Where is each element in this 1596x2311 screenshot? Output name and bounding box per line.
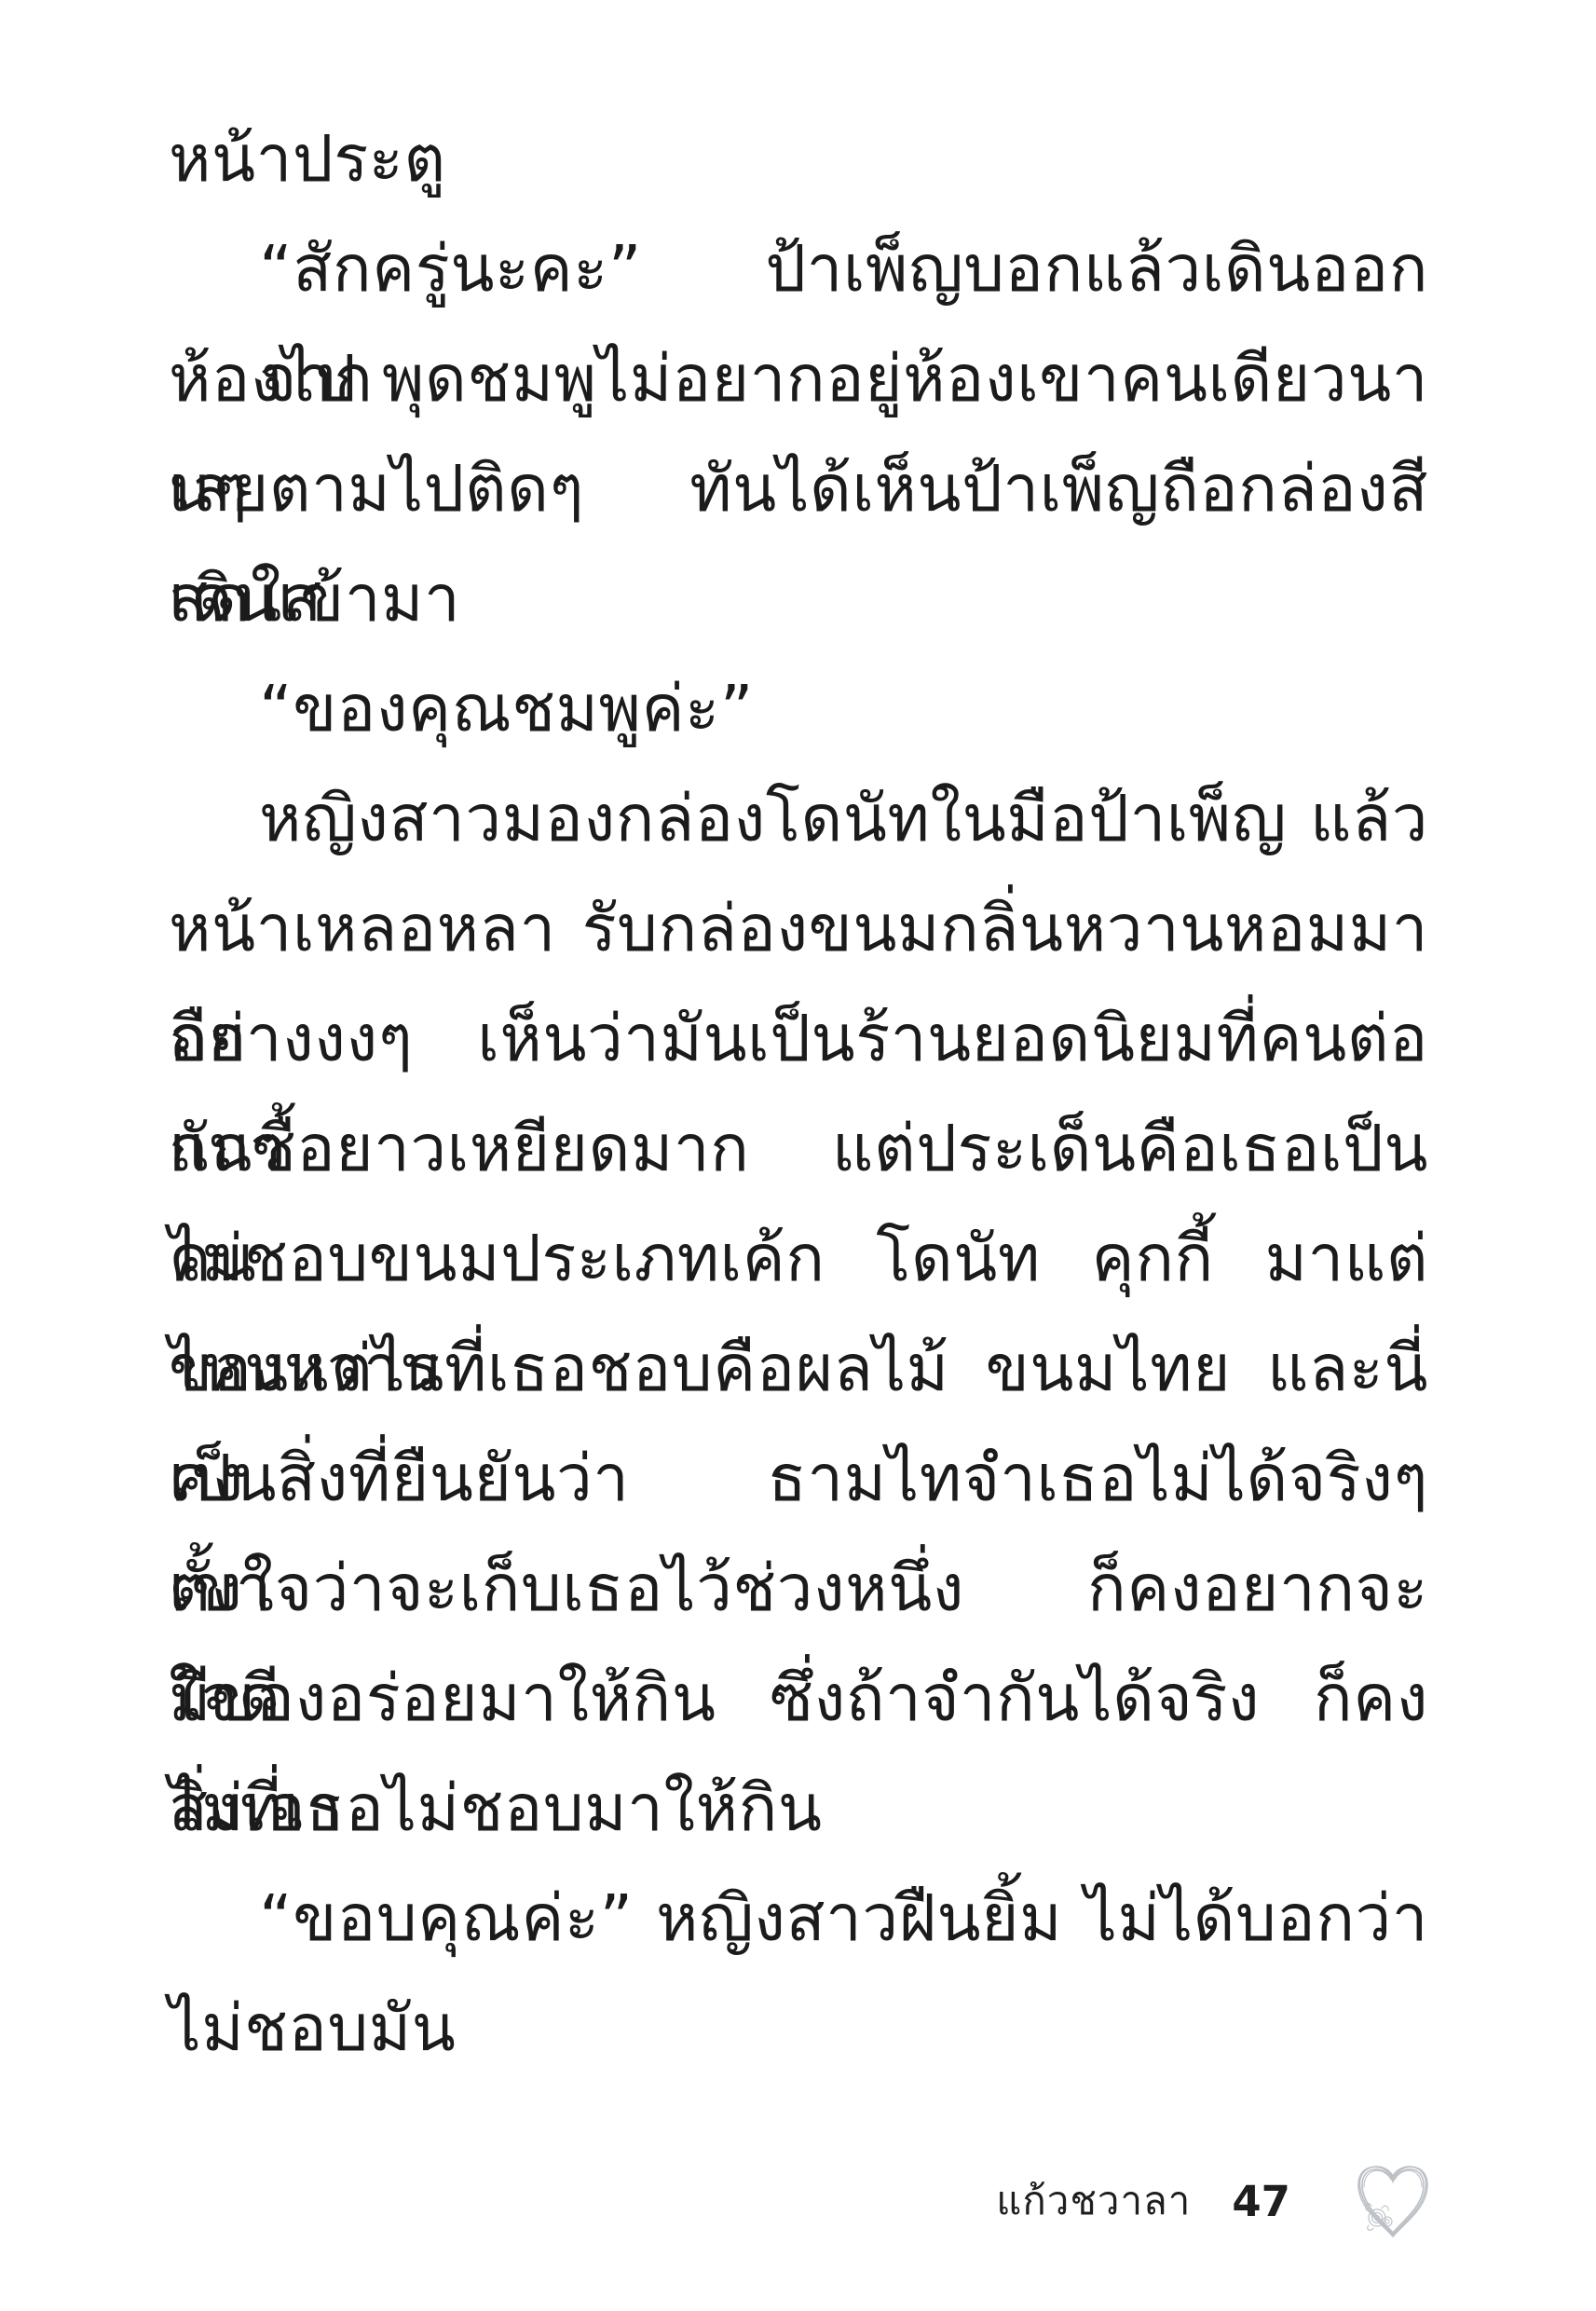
page-text: หน้าประตู“สักครู่นะคะ” ป้าเพ็ญบอกแล้วเดิ… bbox=[169, 104, 1428, 2084]
page-footer: แก้วชวาลา 47 bbox=[0, 2153, 1439, 2249]
text-line: “สักครู่นะคะ” ป้าเพ็ญบอกแล้วเดินออกจาก bbox=[169, 214, 1428, 324]
text-line: ห้องไป พุดชมพูไม่อยากอยู่ห้องเขาคนเดียวน… bbox=[169, 324, 1428, 434]
page-number: 47 bbox=[1232, 2177, 1290, 2226]
text-line: “ของคุณชมพูค่ะ” bbox=[169, 654, 1428, 764]
text-line: ตั้งใจว่าจะเก็บเธอไว้ช่วงหนึ่ง ก็คงอยากจ… bbox=[169, 1534, 1428, 1644]
text-line: อย่างงงๆ เห็นว่ามันเป็นร้านยอดนิยมที่คนต… bbox=[169, 984, 1428, 1094]
text-line: หญิงสาวมองกล่องโดนัทในมือป้าเพ็ญ แล้ว bbox=[169, 764, 1428, 874]
text-line: เดินเข้ามา bbox=[169, 544, 1428, 654]
book-title: แก้วชวาลา bbox=[996, 2170, 1191, 2232]
text-line: มีของอร่อยมาให้กิน ซึ่งถ้าจำกันได้จริง ก… bbox=[169, 1644, 1428, 1754]
book-page: หน้าประตู“สักครู่นะคะ” ป้าเพ็ญบอกแล้วเดิ… bbox=[0, 0, 1596, 2311]
text-line: เป็นสิ่งที่ยืนยันว่า ธามไทจำเธอไม่ได้จริ… bbox=[169, 1424, 1428, 1534]
text-line: “ขอบคุณค่ะ” หญิงสาวฝืนยิ้ม ไม่ได้บอกว่า bbox=[169, 1864, 1428, 1974]
text-line: ของหวานที่เธอชอบคือผลไม้ ขนมไทย และนี่คง bbox=[169, 1314, 1428, 1424]
text-line: ไม่ชอบมัน bbox=[169, 1974, 1428, 2084]
text-line: ไม่ชอบขนมประเภทเค้ก โดนัท คุกกี้ มาแต่ไห… bbox=[169, 1204, 1428, 1314]
heart-wreath-icon bbox=[1346, 2154, 1439, 2248]
text-line: เลยตามไปติดๆ ทันได้เห็นป้าเพ็ญถือกล่องสี… bbox=[169, 434, 1428, 544]
text-line: สิ่งที่เธอไม่ชอบมาให้กิน bbox=[169, 1754, 1428, 1864]
text-line: หน้าเหลอหลา รับกล่องขนมกลิ่นหวานหอมมาถือ bbox=[169, 874, 1428, 984]
text-line: หน้าประตู bbox=[169, 104, 1428, 214]
text-line: กันซื้อยาวเหยียดมาก แต่ประเด็นคือเธอเป็น… bbox=[169, 1094, 1428, 1204]
